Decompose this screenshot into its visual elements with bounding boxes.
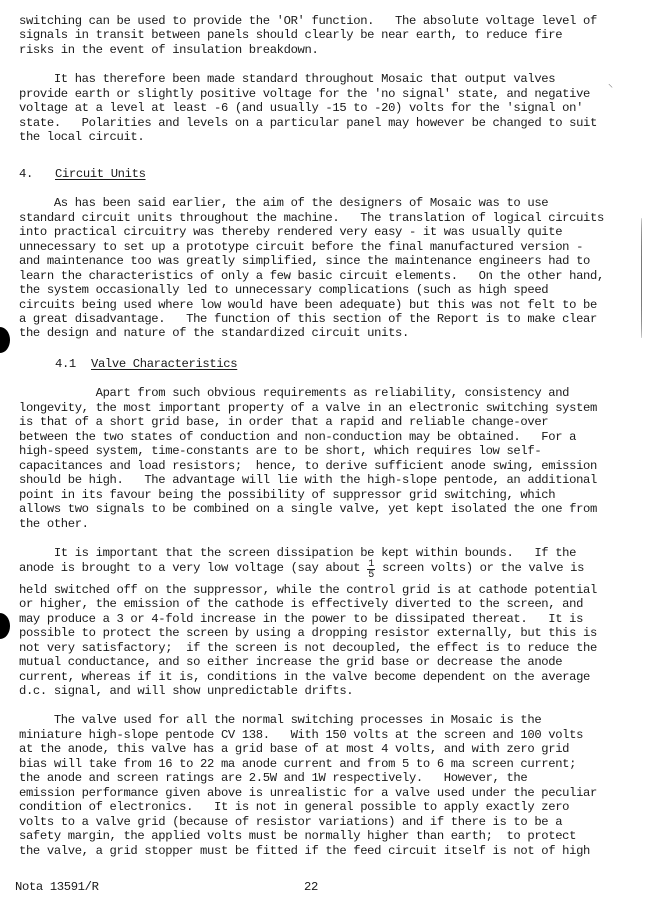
text-line: unnecessary to set up a prototype circui…	[19, 240, 583, 254]
text-line: possible to protect the screen by using …	[19, 626, 597, 640]
text-line: It is important that the screen dissipat…	[19, 546, 576, 560]
section-title: Valve Characteristics	[91, 357, 237, 371]
text-line: Apart from such obvious requirements as …	[19, 386, 569, 400]
text-line: It has therefore been made standard thro…	[19, 72, 555, 86]
text-line: a great disadvantage. The function of th…	[19, 312, 597, 326]
text-line: miniature high-slope pentode CV 138. Wit…	[19, 728, 583, 742]
text-line: As has been said earlier, the aim of the…	[19, 196, 548, 210]
text-line: point in its favour being the possibilit…	[19, 488, 555, 502]
punch-hole	[0, 613, 10, 639]
text-line: at the anode, this valve has a grid base…	[19, 742, 569, 756]
text-segment: screen volts) or the valve is	[375, 561, 584, 575]
text-line: condition of electronics. It is not in g…	[19, 800, 569, 814]
section-title: Circuit Units	[55, 167, 146, 181]
text-line: the other.	[19, 517, 89, 531]
text-line: should be high. The advantage will lie w…	[19, 473, 597, 487]
text-line: circuits being used where low would have…	[19, 298, 597, 312]
text-line: d.c. signal, and will show unpredictable…	[19, 684, 353, 698]
text-line: is that of a short grid base, in order t…	[19, 415, 548, 429]
text-line: switching can be used to provide the 'OR…	[19, 14, 597, 28]
text-line: voltage at a level at least -6 (and usua…	[19, 101, 583, 115]
text-line: emission performance given above is unre…	[19, 786, 597, 800]
text-line: The valve used for all the normal switch…	[19, 713, 541, 727]
text-line: and maintenance too was greatly simplifi…	[19, 254, 590, 268]
text-line: current, whereas if it is, conditions in…	[19, 670, 590, 684]
text-line: between the two states of conduction and…	[19, 430, 576, 444]
section-number: 4.1	[55, 357, 76, 371]
document-reference: Nota 13591/R	[15, 880, 99, 894]
text-line: not very satisfactory; if the screen is …	[19, 641, 597, 655]
text-line: the anode and screen ratings are 2.5W an…	[19, 771, 527, 785]
margin-annotation-mark: ⸌	[608, 80, 613, 95]
text-line: mutual conductance, and so either increa…	[19, 655, 562, 669]
text-segment: anode is brought to a very low voltage (…	[19, 561, 367, 575]
text-line: the valve, a grid stopper must be fitted…	[19, 844, 590, 858]
text-line: may produce a 3 or 4-fold increase in th…	[19, 612, 583, 626]
text-line: capacitances and load resistors; hence, …	[19, 459, 597, 473]
text-line: high-speed system, time-constants are to…	[19, 444, 541, 458]
text-line: provide earth or slightly positive volta…	[19, 87, 590, 101]
section-number: 4.	[19, 167, 33, 181]
text-line: signals in transit between panels should…	[19, 28, 562, 42]
margin-sideline-mark	[641, 218, 643, 338]
text-line: state. Polarities and levels on a partic…	[19, 116, 597, 130]
text-line: the design and nature of the standardize…	[19, 326, 409, 340]
text-line: learn the characteristics of only a few …	[19, 269, 604, 283]
text-line: into practical circuitry was thereby ren…	[19, 225, 562, 239]
document-page: switching can be used to provide the 'OR…	[0, 0, 650, 907]
text-line: or higher, the emission of the cathode i…	[19, 597, 583, 611]
text-line: bias will take from 16 to 22 ma anode cu…	[19, 757, 576, 771]
page-number: 22	[304, 880, 318, 894]
text-line: risks in the event of insulation breakdo…	[19, 43, 318, 57]
text-line: safety margin, the applied volts must be…	[19, 829, 576, 843]
text-line: the local circuit.	[19, 130, 144, 144]
text-line: longevity, the most important property o…	[19, 401, 597, 415]
punch-hole	[0, 327, 10, 353]
text-line-with-fraction: anode is brought to a very low voltage (…	[19, 561, 584, 575]
text-line: allows two signals to be combined on a s…	[19, 502, 597, 516]
text-line: the system occasionally led to unnecessa…	[19, 283, 548, 297]
fraction-one-fifth: 15	[367, 561, 375, 575]
fraction-denominator: 5	[368, 569, 374, 583]
text-line: standard circuit units throughout the ma…	[19, 211, 604, 225]
text-line: held switched off on the suppressor, whi…	[19, 583, 597, 597]
text-line: volts to a valve grid (because of resist…	[19, 815, 562, 829]
